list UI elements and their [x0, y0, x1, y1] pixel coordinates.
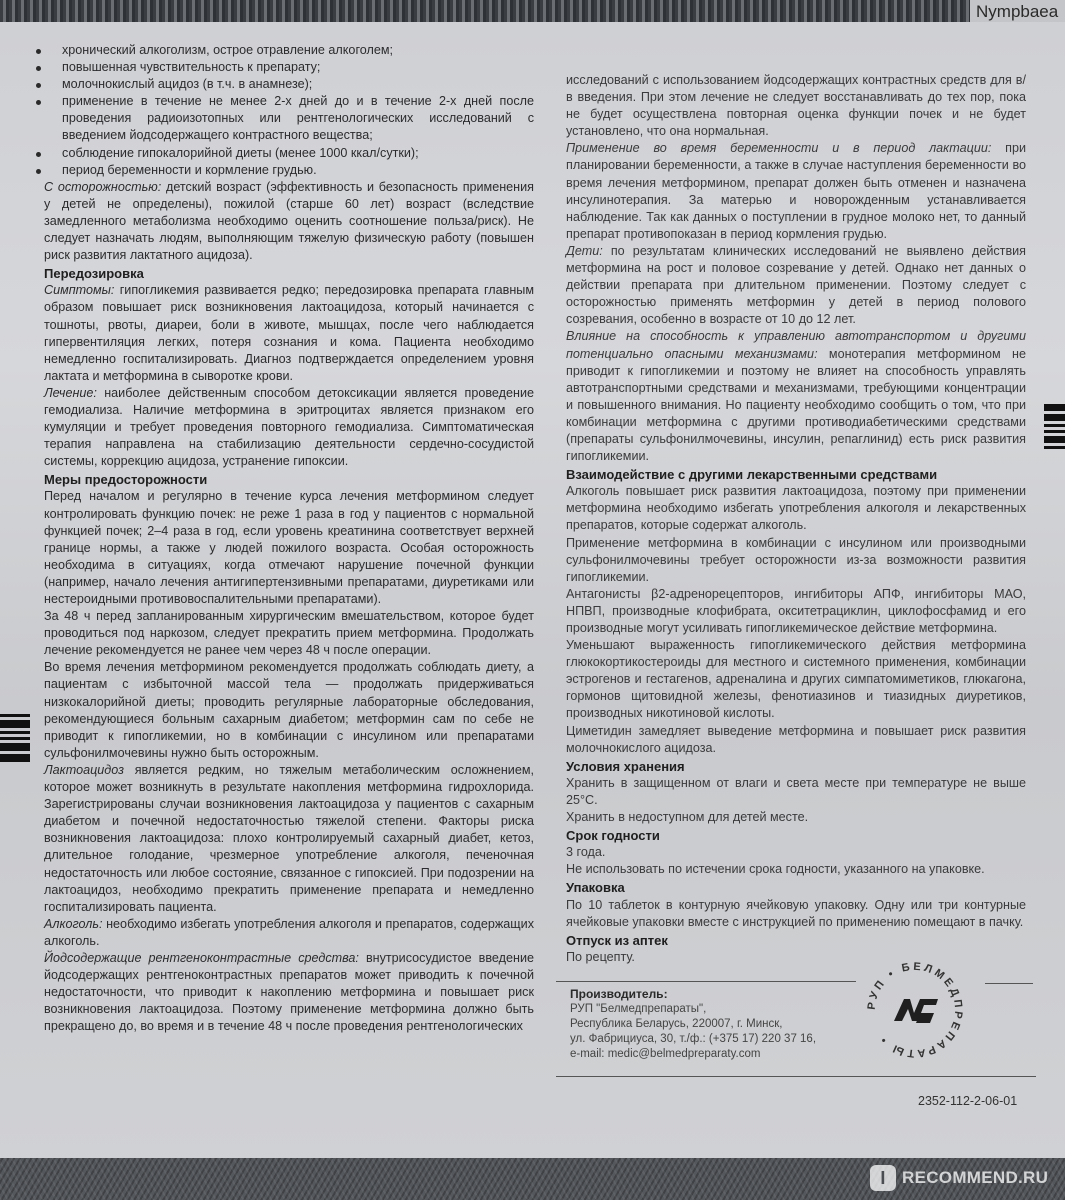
symptoms-paragraph: Симптомы: гипогликемия развивается редко… — [44, 282, 534, 385]
divider-top — [556, 981, 856, 982]
document-code: 2352-112-2-06-01 — [918, 1094, 1017, 1108]
contraindications-list: хронический алкоголизм, острое отравлени… — [44, 42, 534, 179]
precautions-heading: Меры предосторожности — [44, 471, 534, 488]
treatment-paragraph: Лечение: наиболее действенным способом д… — [44, 385, 534, 470]
list-item: повышенная чувствительность к препарату; — [44, 59, 534, 76]
background-fabric-top — [0, 0, 1065, 22]
continuation-paragraph: исследований с использованием йодсодержа… — [566, 72, 1026, 140]
svg-text:РУП • БЕЛМЕДПРЕПАРАТЫ •: РУП • БЕЛМЕДПРЕПАРАТЫ • — [866, 961, 965, 1060]
print-mark-right — [1044, 404, 1065, 452]
list-item: соблюдение гипокалорийной диеты (менее 1… — [44, 145, 534, 162]
caution-paragraph: С осторожностью: детский возраст (эффект… — [44, 179, 534, 264]
interaction-paragraph: Антагонисты β2-адренорецепторов, ингибит… — [566, 586, 1026, 637]
list-item: период беременности и кормление грудью. — [44, 162, 534, 179]
shelf-life-line: Не использовать по истечении срока годно… — [566, 861, 1026, 878]
manufacturer-line: ул. Фабрициуса, 30, т./ф.: (+375 17) 220… — [570, 1032, 870, 1047]
interactions-heading: Взаимодействие с другими лекарственными … — [566, 466, 1026, 483]
manufacturer-heading: Производитель: — [570, 987, 870, 1002]
precautions-paragraph-1: Перед началом и регулярно в течение курс… — [44, 488, 534, 608]
site-watermark: I RECOMMEND.RU — [870, 1160, 1048, 1196]
storage-line: Хранить в защищенном от влаги и света ме… — [566, 775, 1026, 809]
divider-bottom — [556, 1076, 1036, 1077]
interaction-paragraph: Уменьшают выраженность гипогликемическог… — [566, 637, 1026, 722]
interaction-paragraph: Применение метформина в комбинации с инс… — [566, 535, 1026, 586]
lactic-acidosis-paragraph: Лактоацидоз является редким, но тяжелым … — [44, 762, 534, 916]
dispense-heading: Отпуск из аптек — [566, 932, 1026, 949]
manufacturer-block: Производитель: РУП "Белмедпрепараты", Ре… — [570, 987, 870, 1062]
iodine-contrast-paragraph: Йодсодержащие рентгеноконтрастные средст… — [44, 950, 534, 1035]
interaction-paragraph: Циметидин замедляет выведение метформина… — [566, 723, 1026, 757]
manufacturer-line: РУП "Белмедпрепараты", — [570, 1002, 870, 1017]
caution-label: С осторожностью: — [44, 180, 161, 194]
driving-paragraph: Влияние на способность к управлению авто… — [566, 328, 1026, 465]
left-column: хронический алкоголизм, острое отравлени… — [44, 42, 534, 1035]
package-paragraph: По 10 таблеток в контурную ячейковую упа… — [566, 897, 1026, 931]
irecommend-logo-icon: I — [870, 1165, 896, 1191]
storage-line: Хранить в недоступном для детей месте. — [566, 809, 1026, 826]
print-mark-left — [0, 714, 30, 765]
belmedpreparaty-logo-icon: РУП • БЕЛМЕДПРЕПАРАТЫ • — [860, 955, 970, 1065]
package-heading: Упаковка — [566, 879, 1026, 896]
right-column: исследований с использованием йодсодержа… — [566, 72, 1026, 966]
pregnancy-paragraph: Применение во время беременности и в пер… — [566, 140, 1026, 243]
manufacturer-line: Республика Беларусь, 220007, г. Минск, — [570, 1017, 870, 1032]
site-watermark-text: RECOMMEND.RU — [902, 1168, 1048, 1188]
alcohol-paragraph: Алкоголь: необходимо избегать употреблен… — [44, 916, 534, 950]
list-item: хронический алкоголизм, острое отравлени… — [44, 42, 534, 59]
manufacturer-email: e-mail: medic@belmedpreparaty.com — [570, 1047, 870, 1062]
shelf-life-line: 3 года. — [566, 844, 1026, 861]
precautions-paragraph-2: За 48 ч перед запланированным хирургичес… — [44, 608, 534, 659]
list-item: молочнокислый ацидоз (в т.ч. в анамнезе)… — [44, 76, 534, 93]
shelf-life-heading: Срок годности — [566, 827, 1026, 844]
interaction-paragraph: Алкоголь повышает риск развития лактоаци… — [566, 483, 1026, 534]
divider-top-right — [985, 983, 1033, 984]
overdose-heading: Передозировка — [44, 265, 534, 282]
watermark-username: Nympbaea — [970, 0, 1065, 24]
list-item: применение в течение не менее 2-х дней д… — [44, 93, 534, 144]
storage-heading: Условия хранения — [566, 758, 1026, 775]
children-paragraph: Дети: по результатам клинических исследо… — [566, 243, 1026, 328]
precautions-paragraph-3: Во время лечения метформином рекомендует… — [44, 659, 534, 762]
